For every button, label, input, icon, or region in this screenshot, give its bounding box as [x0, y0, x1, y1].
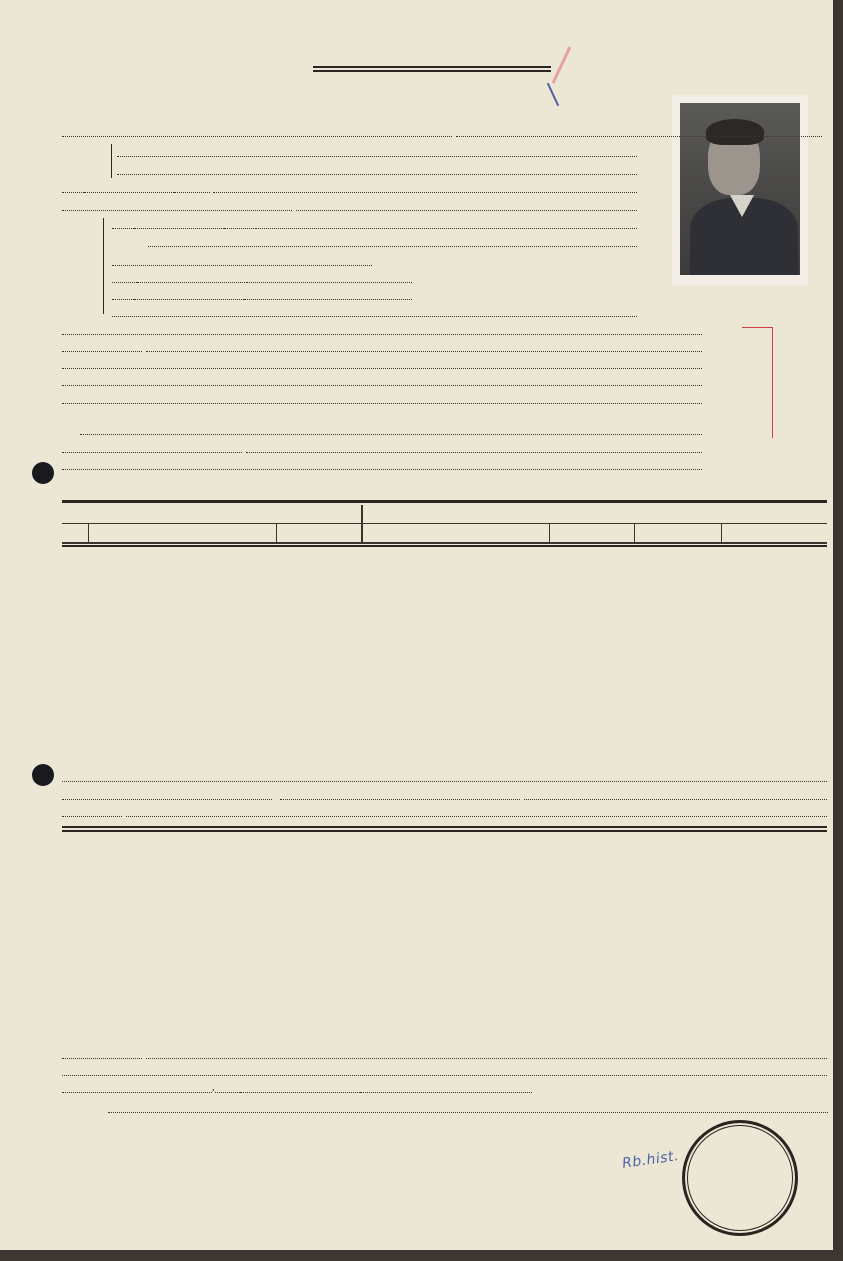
punch-hole	[32, 764, 54, 786]
numero-field[interactable]	[524, 786, 827, 800]
viuvo-ano-field[interactable]	[247, 269, 412, 283]
rua-field[interactable]	[280, 786, 520, 800]
divorciado-dia-field[interactable]	[112, 286, 134, 300]
document-page: , Rb.hist.	[0, 0, 833, 1250]
divorciado-row	[112, 285, 412, 300]
bancos-row	[62, 371, 702, 386]
pescador-row	[62, 389, 702, 404]
ocupa-field[interactable]	[126, 803, 827, 817]
dia-field[interactable]	[215, 1079, 240, 1093]
localidade-field[interactable]	[62, 786, 272, 800]
nascimento-row	[62, 178, 637, 193]
conjuge-row	[148, 232, 637, 247]
pai-row	[117, 142, 637, 157]
menores-title	[62, 505, 362, 524]
amancebado-field[interactable]	[112, 303, 637, 317]
casado-ano-field[interactable]	[224, 215, 256, 229]
local-field[interactable]	[62, 1079, 212, 1093]
viuvo-dia-field[interactable]	[112, 269, 137, 283]
pai-field[interactable]	[117, 143, 637, 157]
mes-field[interactable]	[240, 1079, 360, 1093]
freguesia-row	[62, 196, 637, 211]
data-cedula-field[interactable]	[62, 355, 702, 369]
alcunha-field[interactable]	[456, 123, 822, 137]
nasc-dia-field[interactable]	[62, 179, 84, 193]
reference-box	[742, 327, 773, 438]
trabalhar-row	[62, 802, 827, 817]
capitania-field[interactable]	[146, 338, 702, 352]
pen-mark	[547, 83, 559, 107]
page-edge	[0, 1250, 843, 1261]
militar-row	[62, 455, 702, 470]
date-row: ,	[62, 1078, 532, 1093]
amancebado-row	[112, 302, 637, 317]
title-underline	[313, 66, 551, 68]
deixou-field[interactable]	[62, 439, 242, 453]
ausencia-field[interactable]	[62, 768, 827, 782]
familia-field[interactable]	[146, 1045, 827, 1059]
assinatura-field[interactable]	[108, 1099, 828, 1113]
conjuge-field[interactable]	[148, 233, 637, 247]
title-underline	[313, 70, 551, 72]
tripulante-row	[80, 420, 702, 435]
nasc-mes-field[interactable]	[84, 179, 174, 193]
pencil-mark	[552, 46, 572, 84]
casado-dia-field[interactable]	[112, 215, 134, 229]
assistencia-row	[62, 1044, 827, 1059]
ausencia-row	[62, 767, 827, 782]
official-signature: Rb.hist.	[621, 1148, 680, 1172]
assinatura-row	[108, 1098, 828, 1113]
page-edge	[833, 0, 843, 1261]
dependents-table	[62, 500, 827, 547]
nasc-ano-field[interactable]	[174, 179, 210, 193]
motivo-field[interactable]	[246, 439, 702, 453]
localidade-row	[62, 785, 827, 800]
data-cedula-row	[62, 354, 702, 369]
maiores-title	[362, 505, 827, 524]
residencia-field[interactable]	[62, 321, 702, 335]
mae-field[interactable]	[117, 161, 637, 175]
punch-hole	[32, 462, 54, 484]
residencia-row	[62, 320, 702, 335]
pescador-field[interactable]	[62, 390, 702, 404]
localidade-data-row	[62, 1061, 827, 1076]
casado-local-field[interactable]	[256, 215, 637, 229]
divorciado-ano-field[interactable]	[244, 286, 412, 300]
concelho-field[interactable]	[296, 197, 637, 211]
igreja-field[interactable]	[112, 252, 372, 266]
cedula-field[interactable]	[62, 338, 142, 352]
casado-row	[112, 214, 637, 229]
bancos-field[interactable]	[62, 372, 702, 386]
deixou-row	[62, 438, 702, 453]
tripulante-field[interactable]	[80, 421, 702, 435]
divorciado-mes-field[interactable]	[134, 286, 244, 300]
nome-row	[62, 122, 822, 137]
igreja-row	[112, 251, 372, 266]
trabalhar-field[interactable]	[62, 803, 122, 817]
nome-field[interactable]	[62, 123, 452, 137]
cedula-row	[62, 337, 702, 352]
militar-field[interactable]	[62, 456, 702, 470]
stamp-area	[682, 1120, 798, 1236]
localidade-data-field[interactable]	[62, 1062, 827, 1076]
assistencia-field[interactable]	[62, 1045, 142, 1059]
viuvo-mes-field[interactable]	[137, 269, 247, 283]
mae-row	[117, 160, 637, 175]
ano-field[interactable]	[360, 1079, 532, 1093]
natural-field[interactable]	[213, 179, 637, 193]
casado-mes-field[interactable]	[134, 215, 224, 229]
viuvo-row	[112, 268, 412, 283]
freguesia-field[interactable]	[62, 197, 292, 211]
